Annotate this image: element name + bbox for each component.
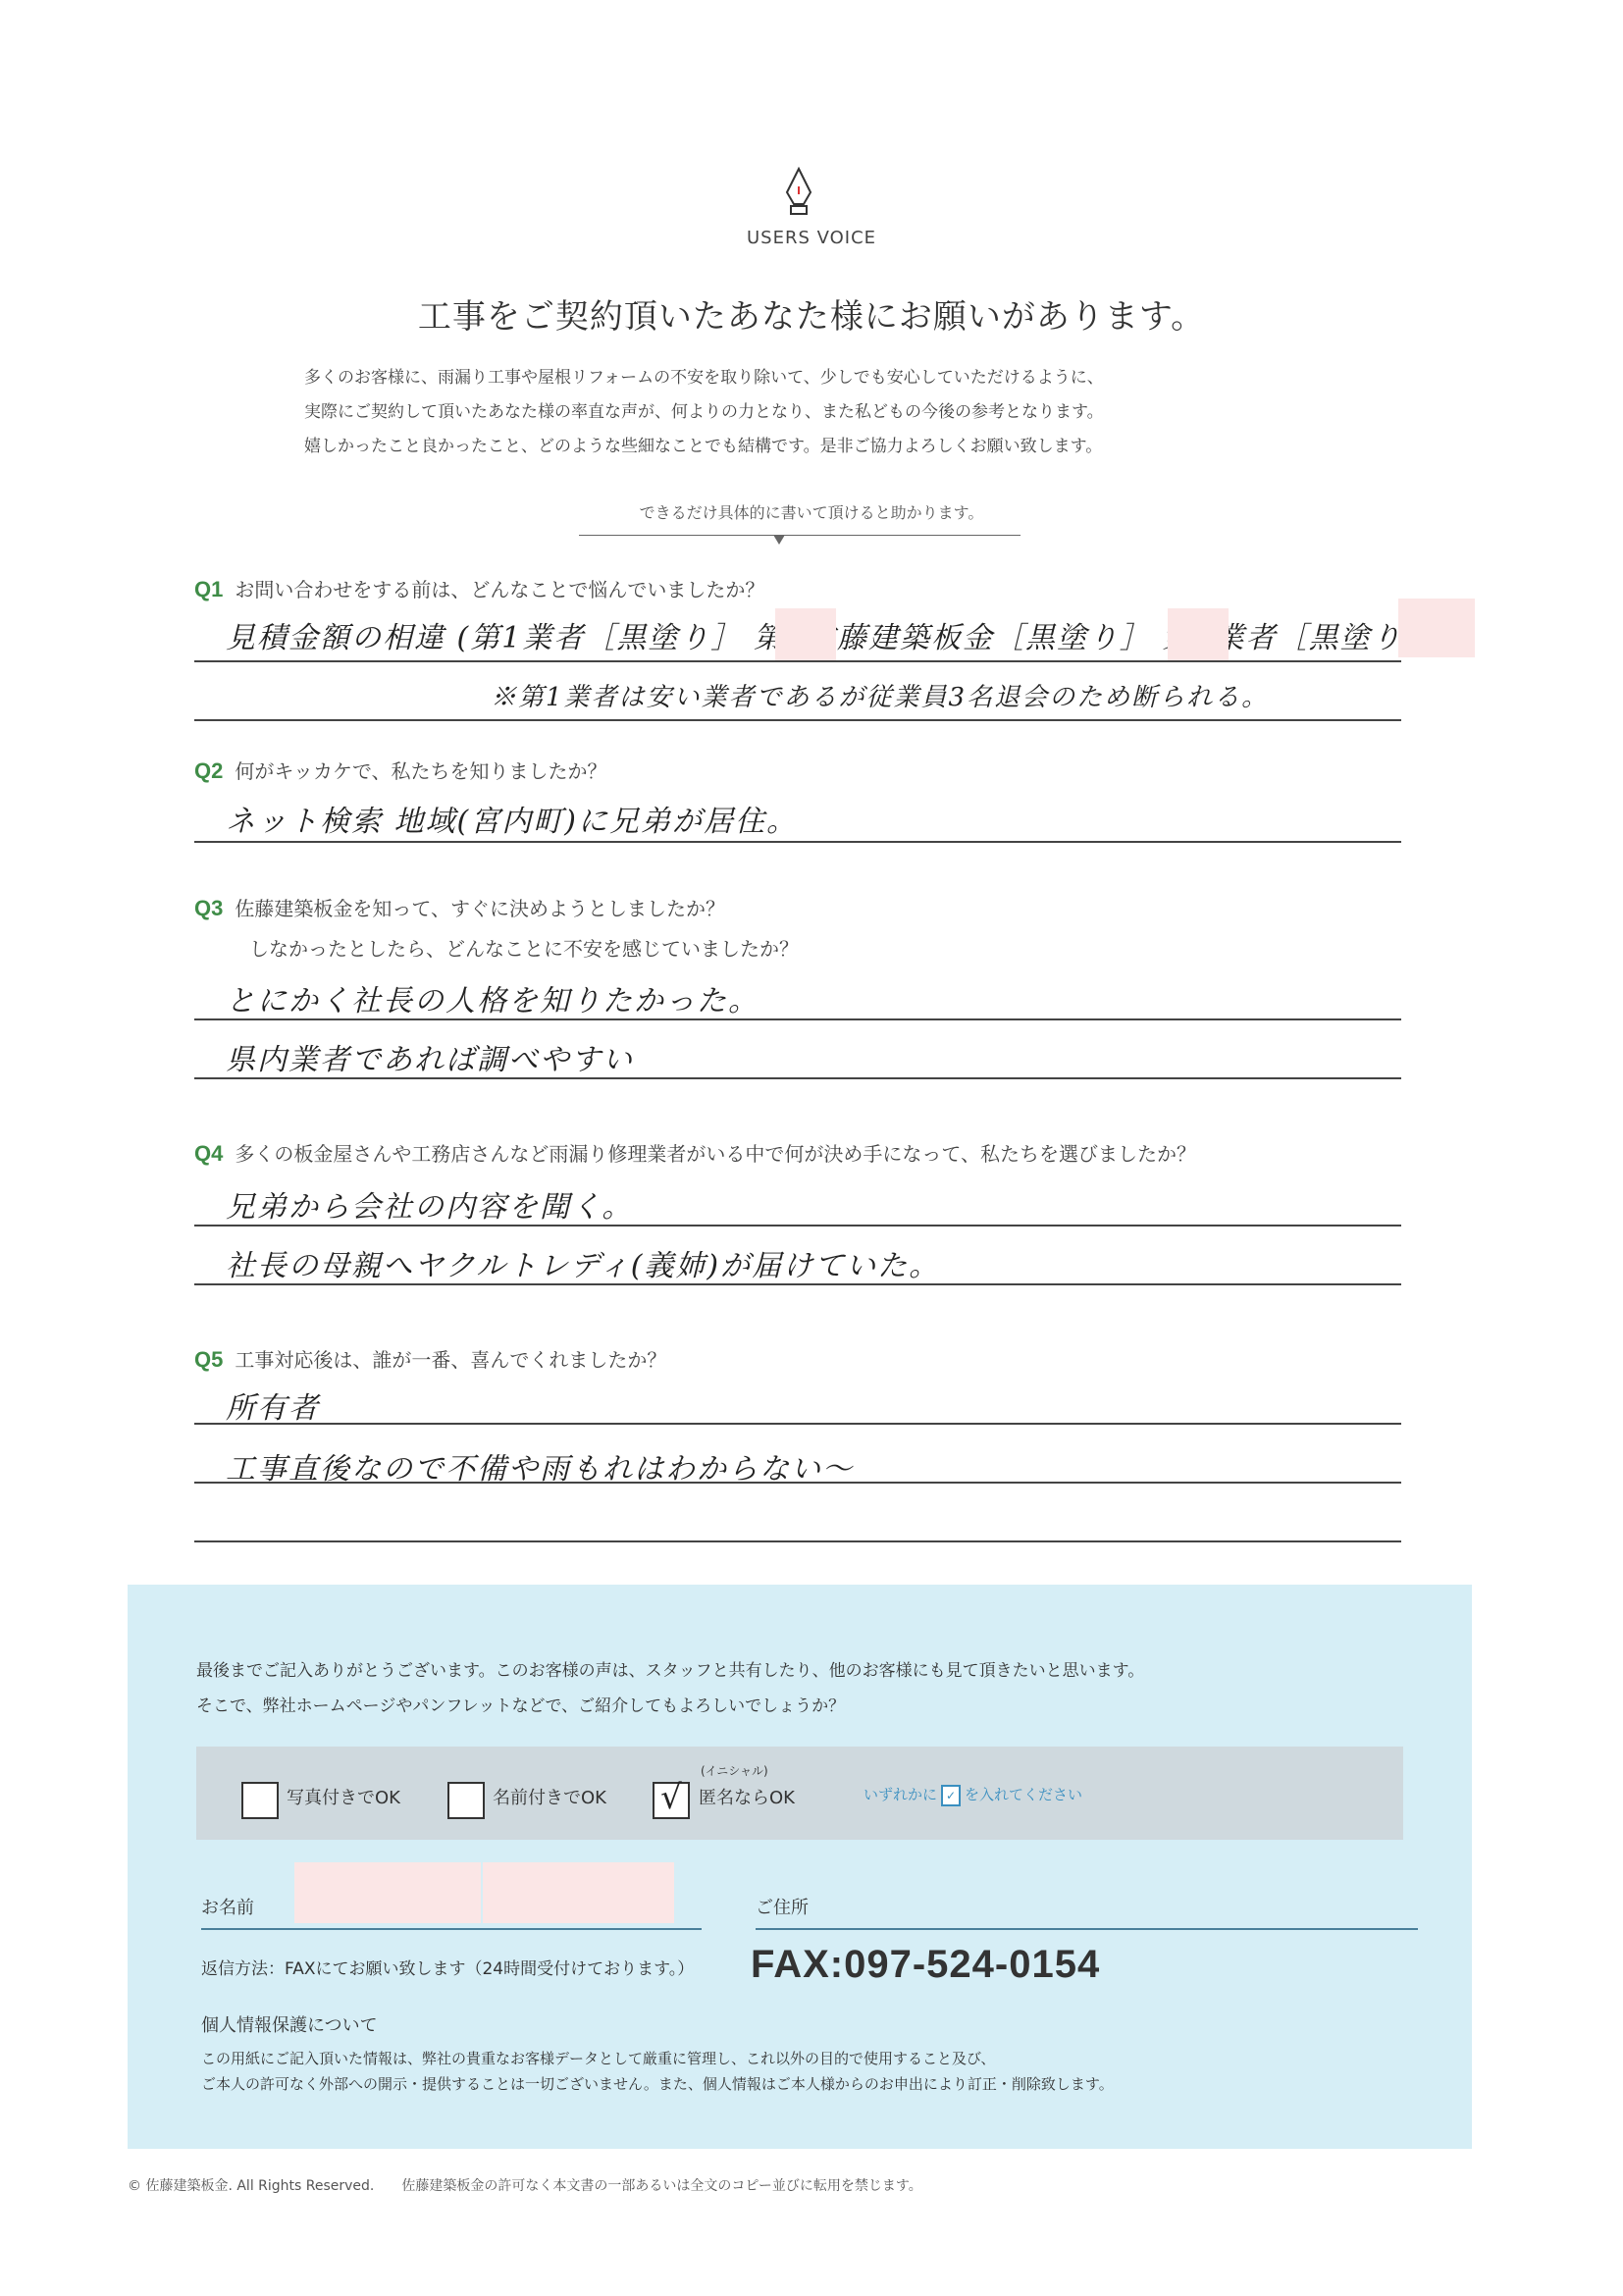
answer-line[interactable]: ※第1業者は安い業者であるが従業員3名退会のため断られる。 (491, 677, 1269, 713)
answer-line[interactable]: 兄弟から会社の内容を聞く。 (226, 1182, 633, 1226)
instruction-text: を入れてください (965, 1786, 1082, 1803)
name-ok-label: 名前付きでOK (493, 1784, 606, 1809)
copyright-notice: © 佐藤建築板金. All Rights Reserved. 佐藤建築板金の許可… (128, 2175, 922, 2195)
question-q4: Q4多くの板金屋さんや工務店さんなど雨漏り修理業者がいる中で何が決め手になって、… (194, 1138, 1196, 1167)
anonymous-ok-checkbox[interactable]: √ (653, 1782, 690, 1819)
initial-note: (イニシャル) (701, 1762, 768, 1779)
instruction-text: いずれかに (864, 1786, 937, 1803)
question-q1: Q1お問い合わせをする前は、どんなことで悩んでいましたか？ (194, 574, 764, 602)
consent-line: そこで、弊社ホームページやパンフレットなどで、ご紹介してもよろしいでしょうか？ (196, 1689, 1144, 1724)
answer-rule (194, 1540, 1401, 1542)
photo-ok-label: 写真付きでOK (287, 1784, 400, 1809)
answer-rule (194, 1423, 1401, 1425)
brand-label: USERS VOICE (0, 228, 1623, 248)
fountain-pen-nib-icon (782, 167, 815, 218)
intro-text: 多くのお客様に、雨漏り工事や屋根リフォームの不安を取り除いて、少しでも安心してい… (304, 361, 1104, 464)
name-ok-checkbox[interactable] (447, 1782, 485, 1819)
question-q5: Q5工事対応後は、誰が一番、喜んでくれましたか？ (194, 1344, 666, 1373)
name-redaction (483, 1862, 674, 1923)
fax-number: FAX:097-524-0154 (751, 1943, 1100, 1987)
answer-rule (194, 841, 1401, 843)
hint-divider (579, 535, 1021, 536)
consent-instruction: いずれかに✓を入れてください (864, 1784, 1082, 1806)
check-mark-icon: √ (654, 1778, 688, 1817)
answer-rule (194, 660, 1401, 662)
question-number: Q1 (194, 577, 223, 601)
photo-ok-checkbox[interactable] (241, 1782, 279, 1819)
question-q2: Q2何がキッカケで、私たちを知りましたか？ (194, 756, 607, 784)
address-field[interactable] (756, 1928, 1418, 1930)
question-text: 多くの板金屋さんや工務店さんなど雨漏り修理業者がいる中で何が決め手になって、私た… (235, 1142, 1196, 1166)
answer-rule (194, 719, 1401, 721)
hint-pointer (773, 535, 785, 545)
page-title: 工事をご契約頂いたあなた様にお願いがあります。 (0, 289, 1623, 338)
answer-rule (194, 1482, 1401, 1484)
privacy-line: ご本人の許可なく外部への開示・提供することは一切ございません。また、個人情報はご… (201, 2071, 1114, 2097)
privacy-title: 個人情報保護について (201, 2011, 378, 2037)
check-box-icon: ✓ (941, 1785, 961, 1806)
question-q3: Q3佐藤建築板金を知って、すぐに決めようとしましたか？ しなかったとしたら、どん… (194, 893, 799, 962)
name-redaction (294, 1862, 481, 1923)
redaction-block (775, 608, 836, 662)
privacy-line: この用紙にご記入頂いた情報は、弊社の貴重なお客様データとして厳重に管理し、これ以… (201, 2046, 1114, 2071)
answer-line[interactable]: 県内業者であれば調べやすい (226, 1035, 634, 1078)
answer-rule (194, 1077, 1401, 1079)
consent-message: 最後までご記入ありがとうございます。このお客様の声は、スタッフと共有したり、他の… (196, 1653, 1144, 1724)
answer-rule (194, 1283, 1401, 1285)
answer-rule (194, 1225, 1401, 1226)
consent-line: 最後までご記入ありがとうございます。このお客様の声は、スタッフと共有したり、他の… (196, 1653, 1144, 1689)
intro-line: 多くのお客様に、雨漏り工事や屋根リフォームの不安を取り除いて、少しでも安心してい… (304, 361, 1104, 395)
writing-hint: できるだけ具体的に書いて頂けると助かります。 (0, 500, 1623, 523)
name-label: お名前 (201, 1894, 254, 1919)
answer-rule (194, 1018, 1401, 1020)
address-label: ご住所 (756, 1894, 809, 1919)
answer-line[interactable]: ネット検索 地域(宮内町)に兄弟が居住。 (226, 797, 798, 840)
anonymous-ok-label: 匿名ならOK (699, 1784, 795, 1809)
question-text: お問い合わせをする前は、どんなことで悩んでいましたか？ (235, 578, 764, 601)
question-text: 佐藤建築板金を知って、すぐに決めようとしましたか？ (235, 897, 725, 920)
reply-method: 返信方法：FAXにてお願い致します（24時間受付けております。） (201, 1955, 694, 1979)
privacy-body: この用紙にご記入頂いた情報は、弊社の貴重なお客様データとして厳重に管理し、これ以… (201, 2046, 1114, 2097)
question-text: 工事対応後は、誰が一番、喜んでくれましたか？ (235, 1348, 666, 1372)
answer-line[interactable]: 所有者 (226, 1383, 320, 1427)
redaction-block (1168, 608, 1229, 662)
answer-line[interactable]: とにかく社長の人格を知りたかった。 (226, 976, 759, 1019)
question-number: Q3 (194, 896, 223, 920)
name-field[interactable] (201, 1928, 702, 1930)
question-number: Q4 (194, 1141, 223, 1166)
question-text: 何がキッカケで、私たちを知りましたか？ (235, 759, 606, 783)
question-number: Q5 (194, 1347, 223, 1372)
redaction-block (1398, 599, 1475, 657)
question-number: Q2 (194, 758, 223, 783)
intro-line: 実際にご契約して頂いたあなた様の率直な声が、何よりの力となり、また私どもの今後の… (304, 395, 1104, 430)
answer-line[interactable]: 社長の母親へヤクルトレディ(義姉)が届けていた。 (226, 1241, 940, 1284)
question-subtext: しなかったとしたら、どんなことに不安を感じていましたか？ (249, 933, 799, 962)
intro-line: 嬉しかったこと良かったこと、どのような些細なことでも結構です。是非ご協力よろしく… (304, 430, 1104, 464)
